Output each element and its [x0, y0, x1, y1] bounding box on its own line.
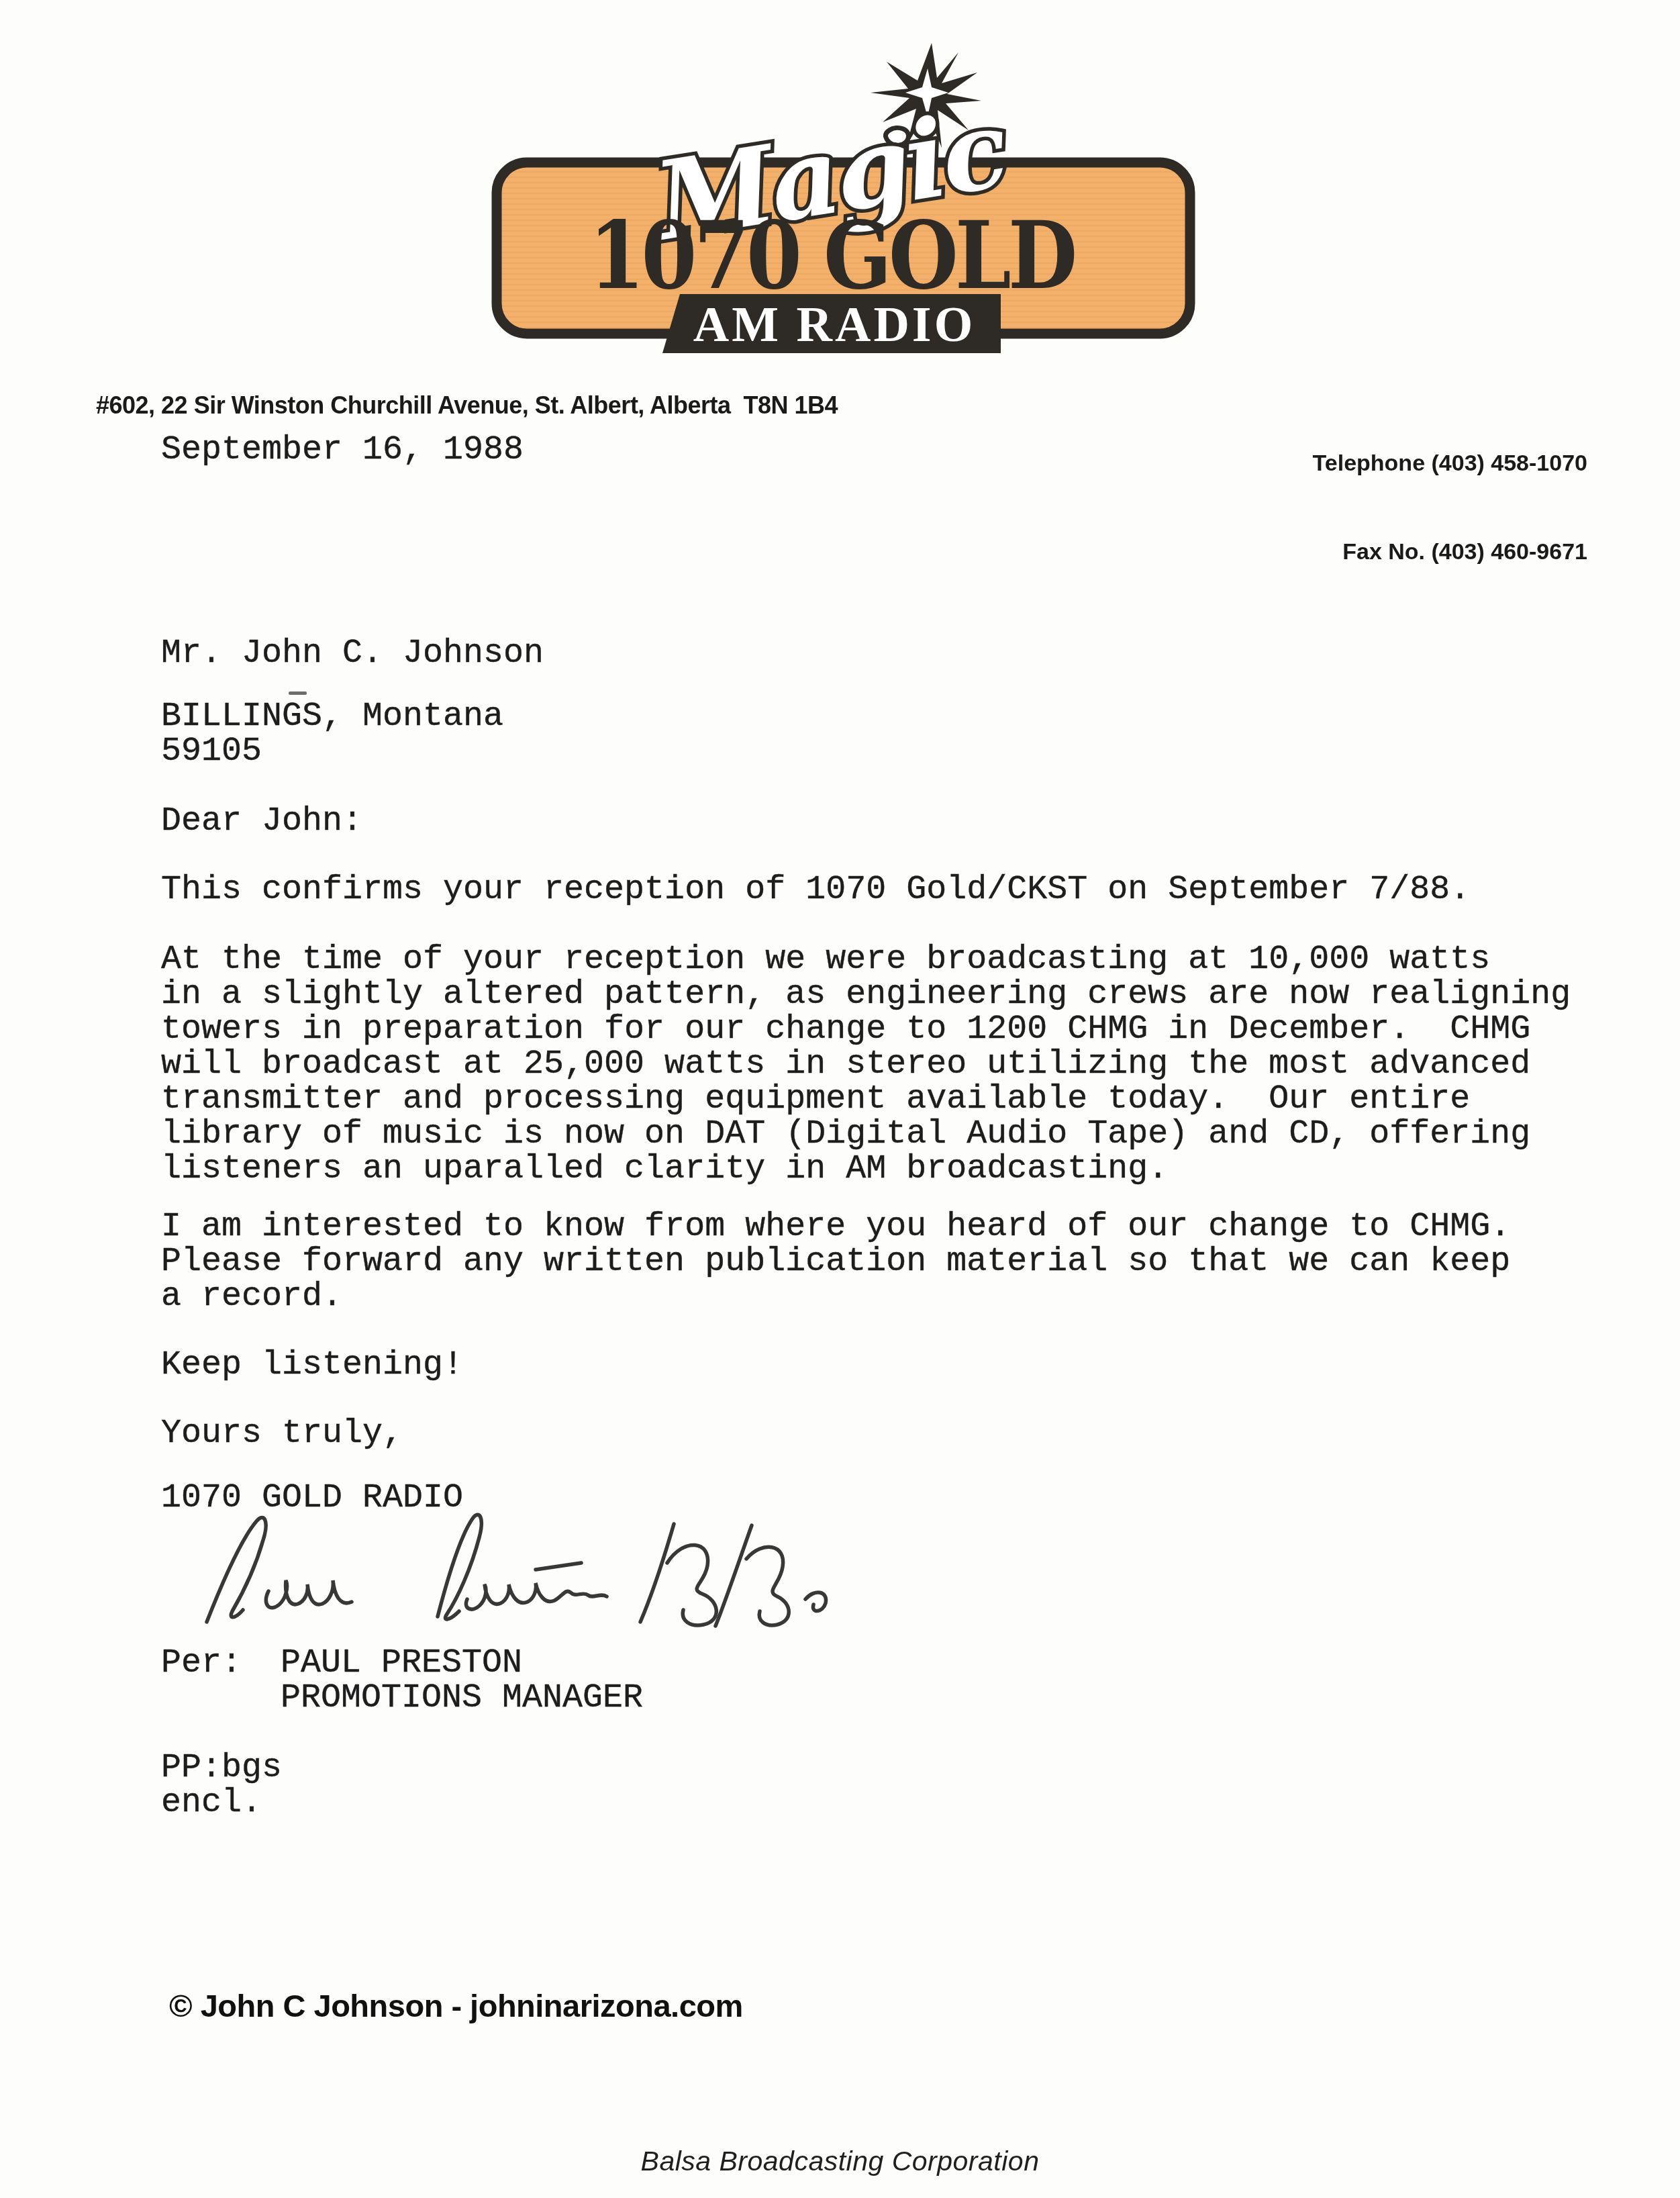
footer-corporation: Balsa Broadcasting Corporation — [0, 2146, 1680, 2177]
paragraph-3: I am interested to know from where you h… — [161, 1210, 1510, 1315]
enclosure-note: encl. — [161, 1786, 262, 1821]
recipient-name: Mr. John C. Johnson — [161, 636, 544, 671]
station-logo: Magic 1070 GOLD AM RADIO — [487, 39, 1205, 361]
letter-date: September 16, 1988 — [161, 433, 524, 468]
salutation: Dear John: — [161, 804, 362, 839]
closing-keep-listening: Keep listening! — [161, 1348, 463, 1383]
paragraph-1: This confirms your reception of 1070 Gol… — [161, 873, 1470, 908]
signer-name: PAUL PRESTON — [281, 1644, 522, 1682]
per-label: Per: — [161, 1646, 242, 1681]
recipient-address: BILLINGS, Montana 59105 — [161, 700, 503, 769]
letterhead-address: #602, 22 Sir Winston Churchill Avenue, S… — [96, 391, 838, 420]
signer-title: PROMOTIONS MANAGER — [281, 1679, 643, 1717]
signer-block: PAUL PRESTON PROMOTIONS MANAGER — [281, 1646, 643, 1716]
am-radio-text: AM RADIO — [693, 297, 975, 352]
letter-page: Magic 1070 GOLD AM RADIO #602, 22 Sir Wi… — [0, 0, 1680, 2198]
closing-yours-truly: Yours truly, — [161, 1417, 403, 1451]
letterhead-telephone: Telephone (403) 458-1070 — [1313, 448, 1587, 478]
recipient-city: BILLINGS, Montana — [161, 698, 503, 736]
letterhead-fax: Fax No. (403) 460-9671 — [1313, 537, 1587, 567]
reference-initials: PP:bgs — [161, 1751, 282, 1786]
scan-artifact-dash — [289, 691, 307, 695]
footer-copyright: © John C Johnson - johninarizona.com — [169, 1987, 743, 2024]
letterhead-contact: Telephone (403) 458-1070 Fax No. (403) 4… — [1313, 389, 1587, 626]
signature-script — [201, 1505, 886, 1629]
recipient-zip: 59105 — [161, 732, 262, 771]
paragraph-2: At the time of your reception we were br… — [161, 943, 1571, 1187]
logo-frequency: 1070 GOLD — [589, 201, 1074, 310]
